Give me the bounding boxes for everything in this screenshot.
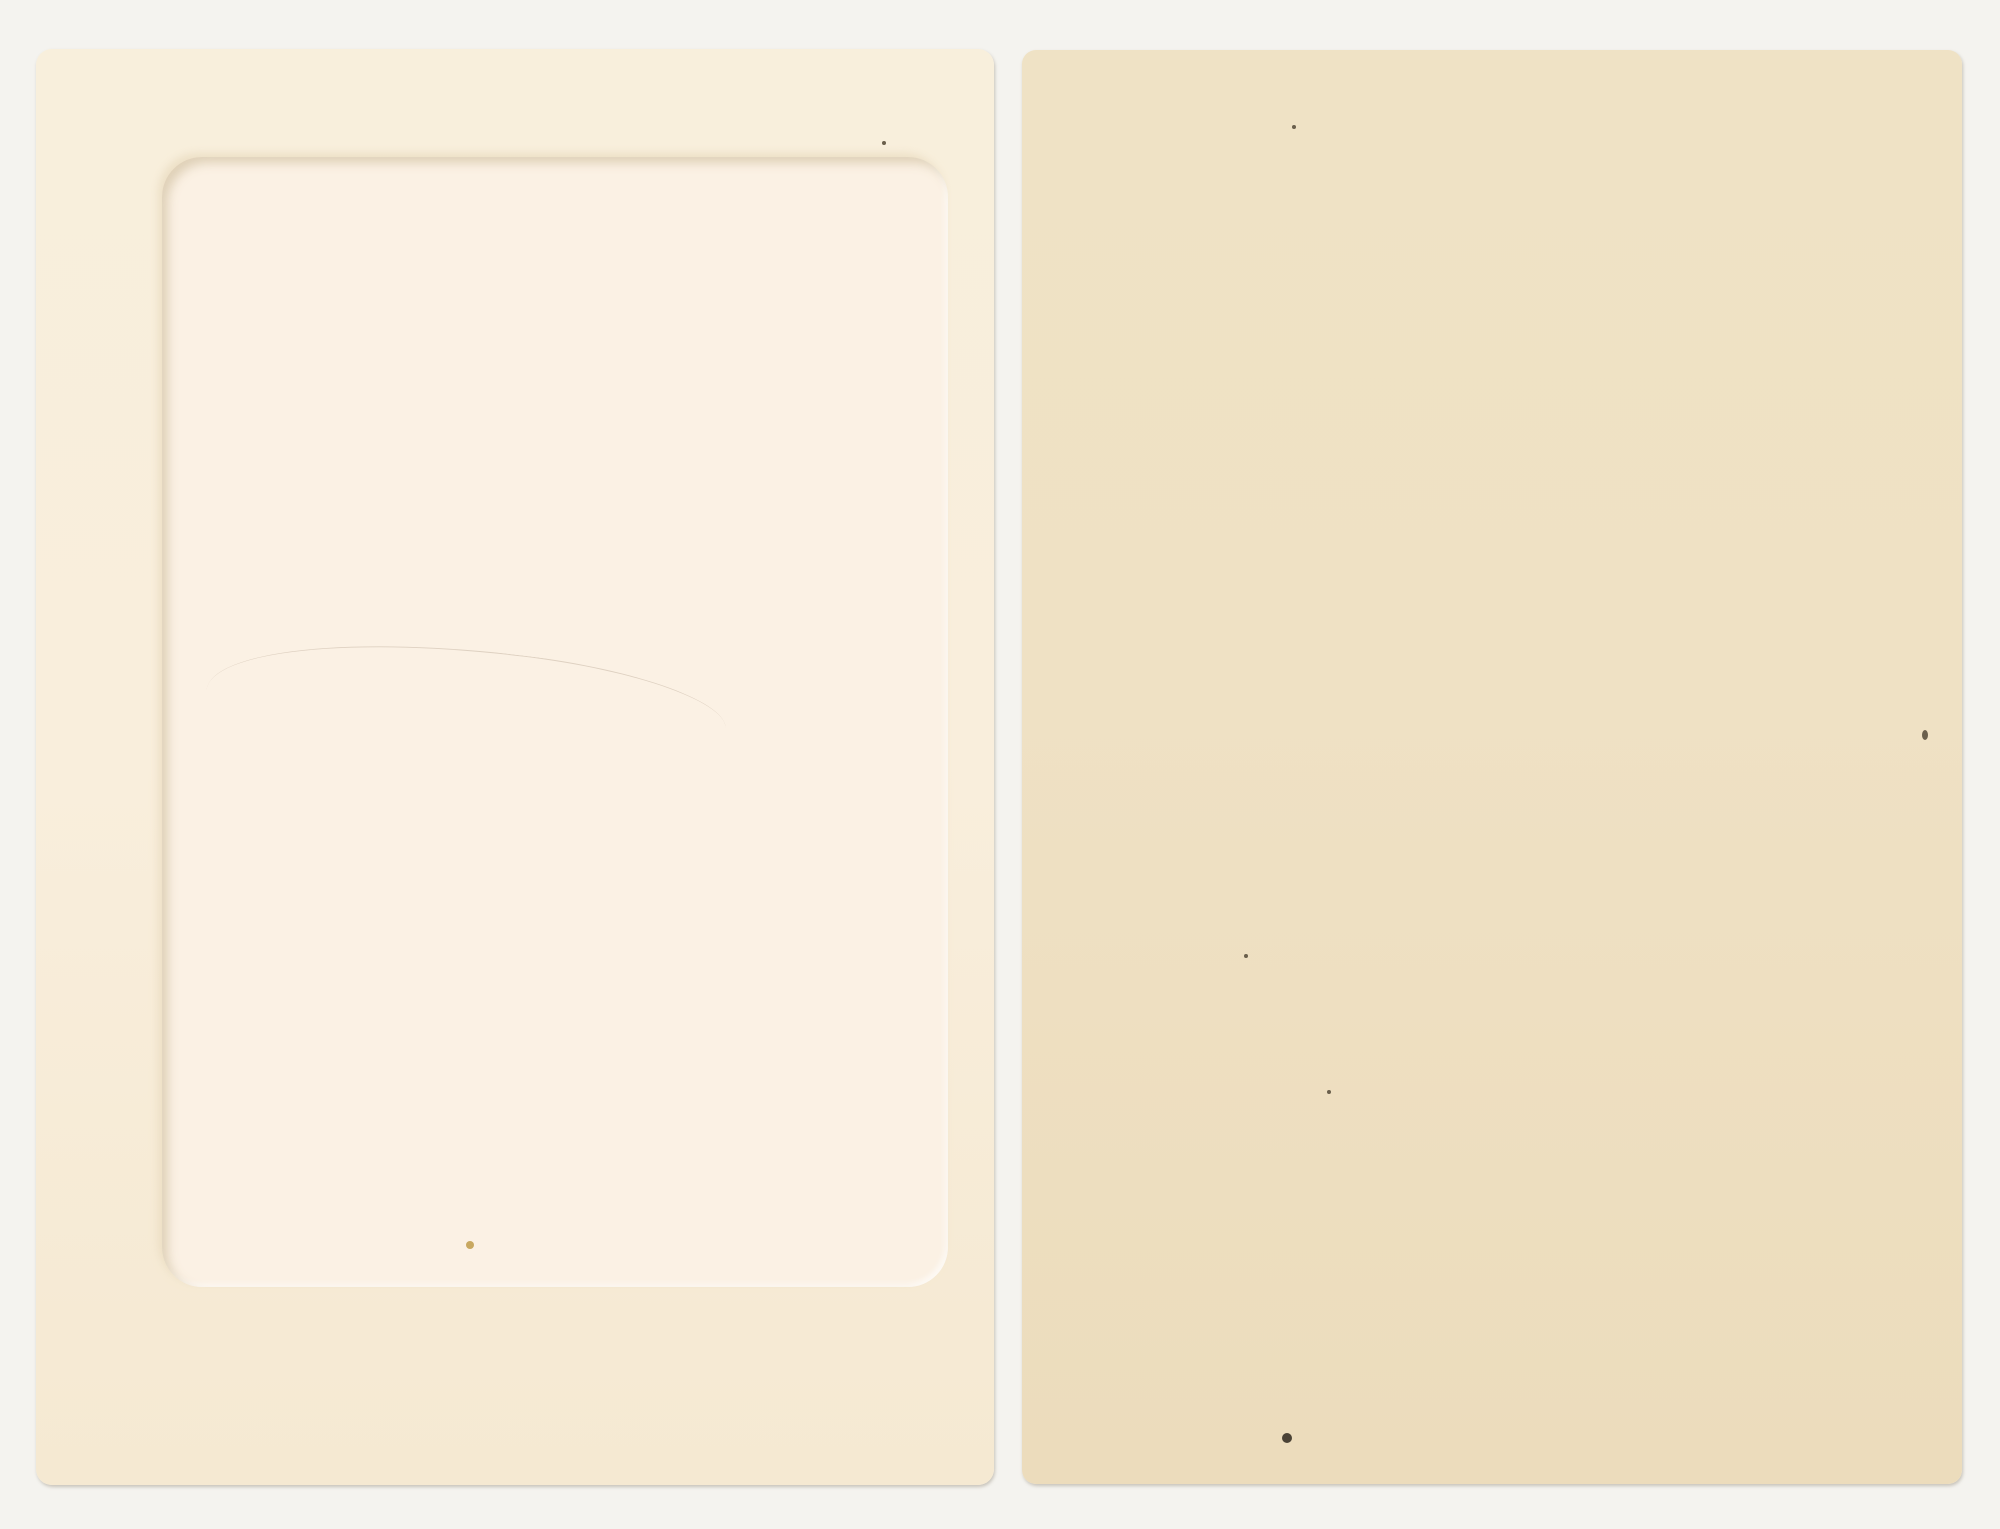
speck bbox=[882, 141, 886, 145]
speck bbox=[1922, 730, 1928, 740]
embossed-imprint bbox=[136, 1399, 936, 1459]
speck bbox=[1292, 125, 1296, 129]
right-card bbox=[1022, 50, 1962, 1484]
stain-spot bbox=[466, 1241, 474, 1249]
left-card bbox=[36, 49, 994, 1485]
speck bbox=[1327, 1090, 1331, 1094]
speck bbox=[1244, 954, 1248, 958]
dark-spot bbox=[1282, 1433, 1292, 1443]
